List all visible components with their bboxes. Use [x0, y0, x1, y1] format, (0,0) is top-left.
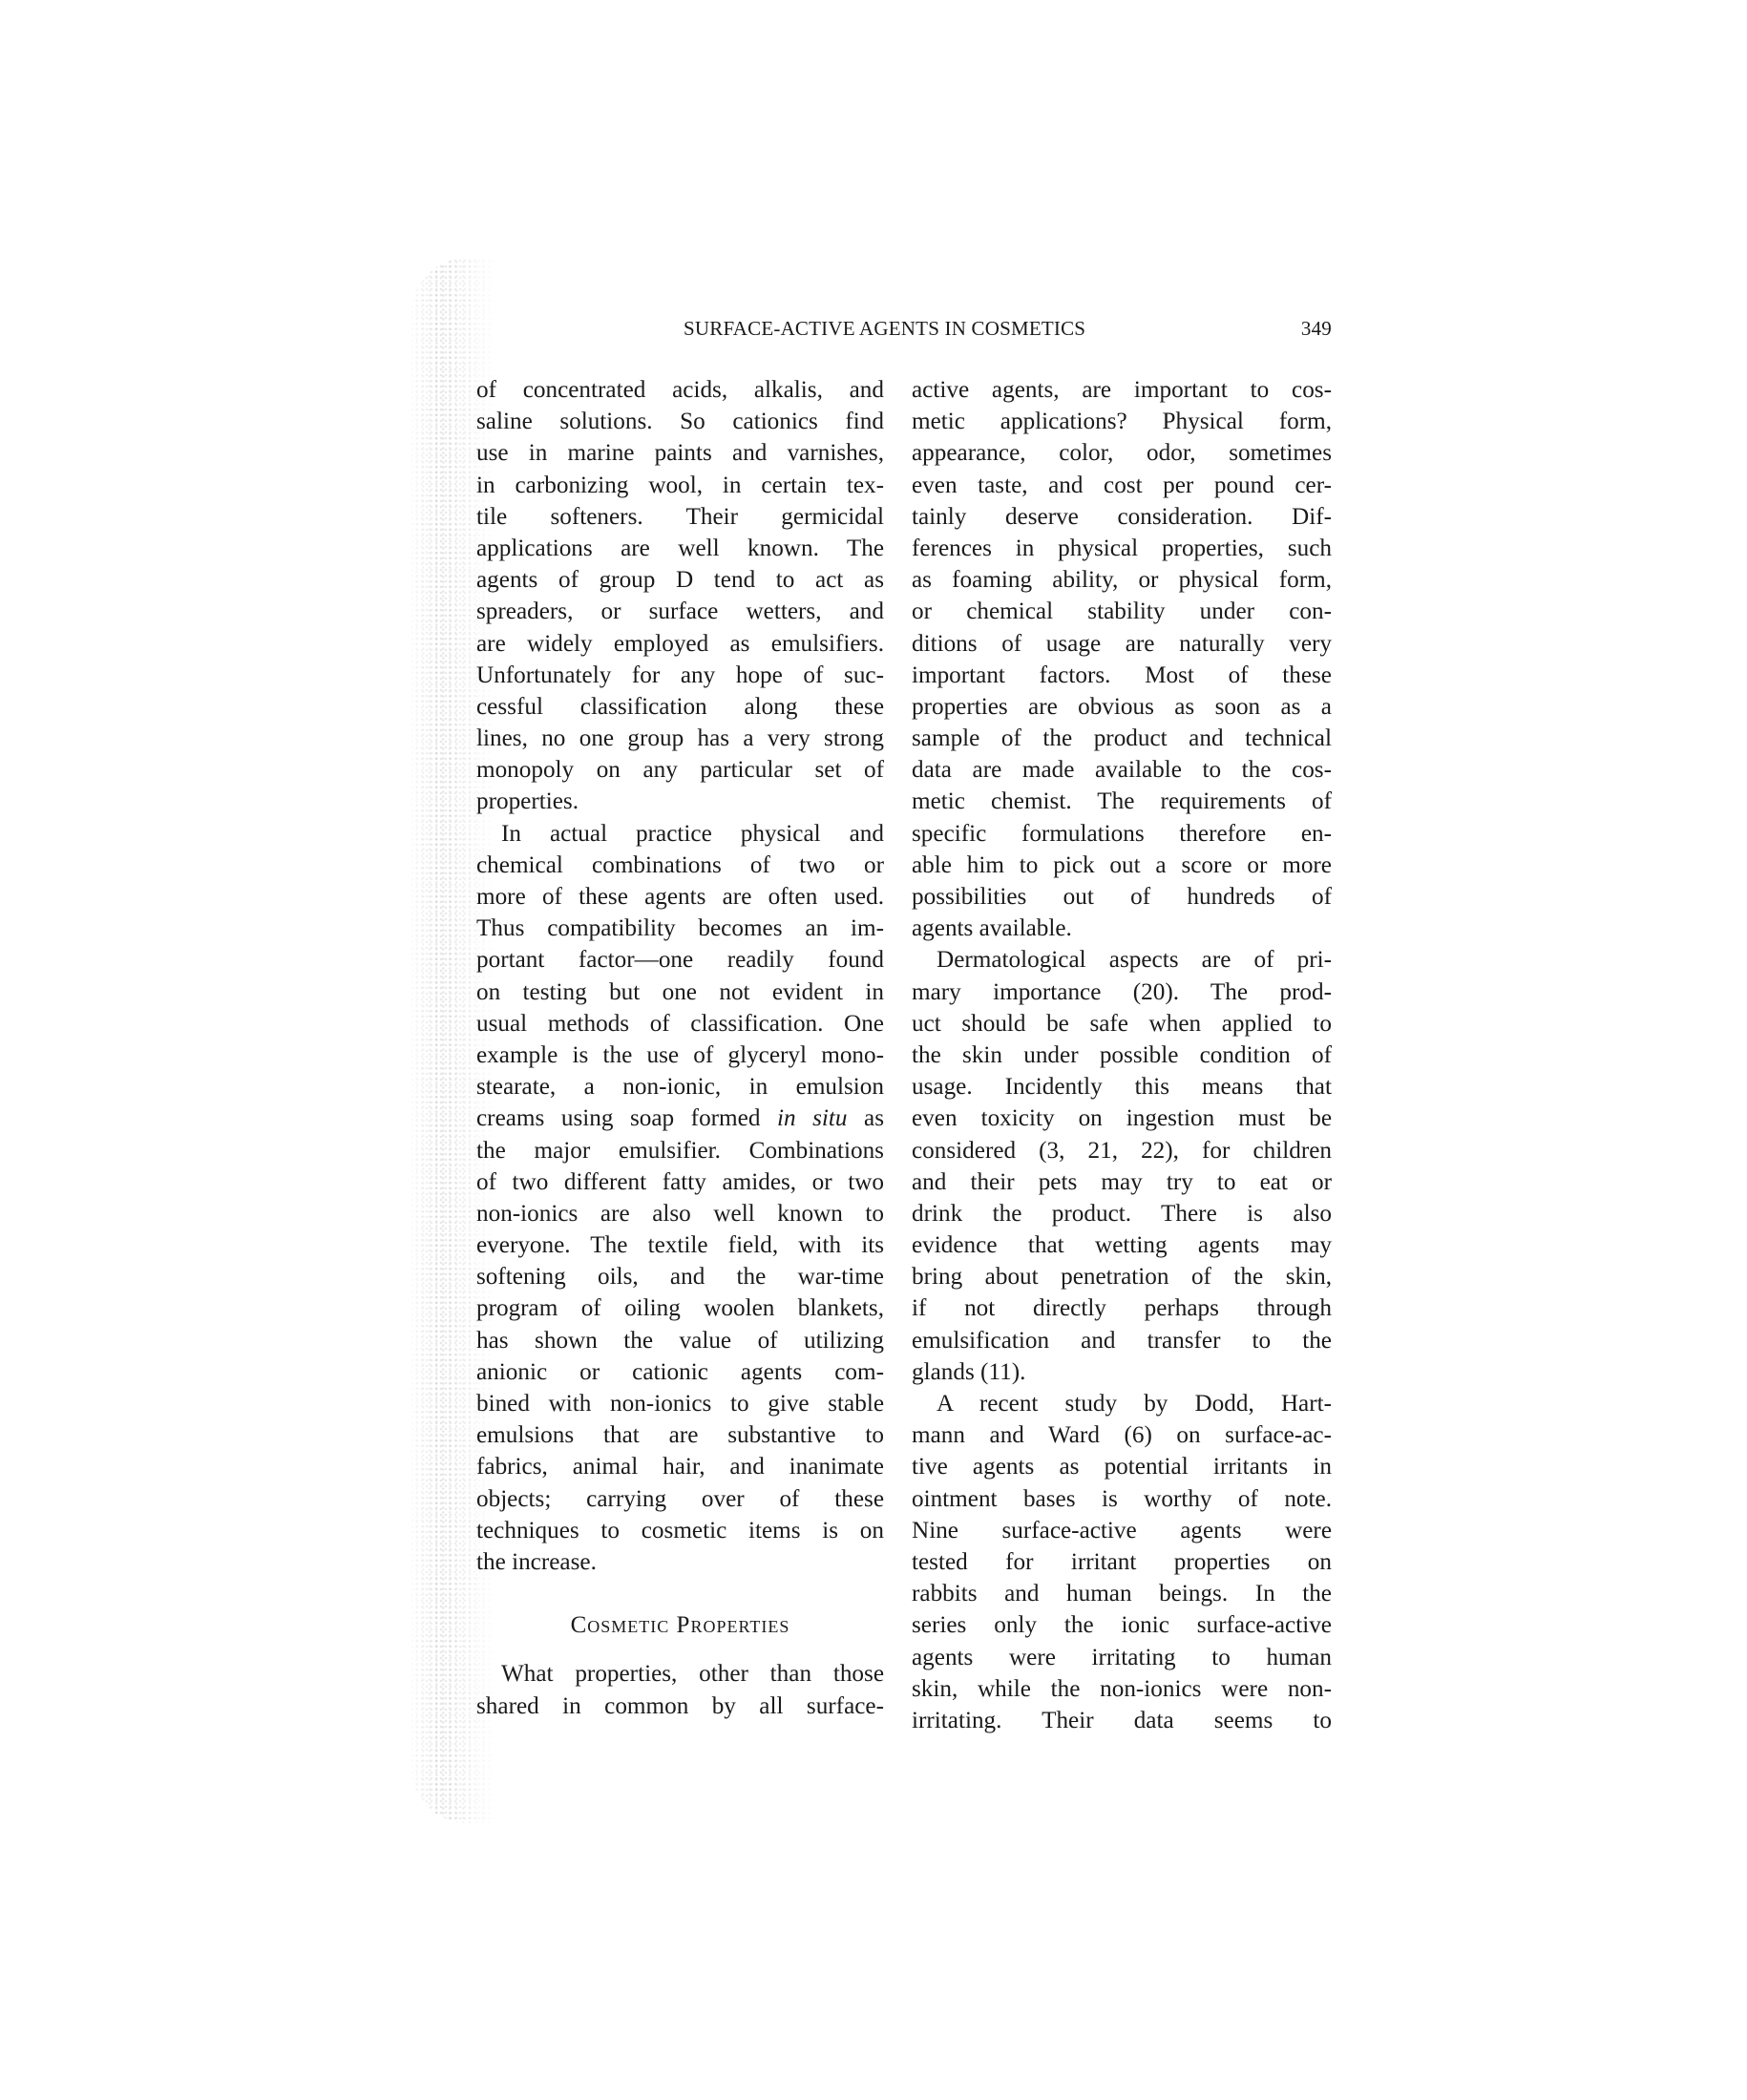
text-line: shared in common by all surface-	[476, 1690, 884, 1722]
text-line: the major emulsifier. Combinations	[476, 1135, 884, 1166]
paragraph-dermatological: Dermatological aspects are of pri- mary …	[912, 944, 1332, 1388]
text-line: of two different fatty amides, or two	[476, 1166, 884, 1198]
text-line: What properties, other than those	[476, 1658, 884, 1690]
text-line: able him to pick out a score or more	[912, 850, 1332, 881]
text-line: cessful classification along these	[476, 691, 884, 723]
text-line: if not directly perhaps through	[912, 1292, 1332, 1324]
text-line: ditions of usage are naturally very	[912, 628, 1332, 660]
text-line: glands (11).	[912, 1356, 1332, 1388]
text-line: tile softeners. Their germicidal	[476, 501, 884, 533]
text-line: anionic or cationic agents com-	[476, 1356, 884, 1388]
document-page: SURFACE-ACTIVE AGENTS IN COSMETICS 349 o…	[0, 0, 1747, 2100]
running-title: SURFACE-ACTIVE AGENTS IN COSMETICS	[684, 317, 1085, 341]
text-line: tive agents as potential irritants in	[912, 1451, 1332, 1482]
text-line: important factors. Most of these	[912, 660, 1332, 691]
text-line: metic applications? Physical form,	[912, 406, 1332, 437]
text-line: skin, while the non-ionics were non-	[912, 1673, 1332, 1705]
text-line: example is the use of glyceryl mono-	[476, 1039, 884, 1071]
text-line: tainly deserve consideration. Dif-	[912, 501, 1332, 533]
text-line: active agents, are important to cos-	[912, 374, 1332, 406]
text-line: spreaders, or surface wetters, and	[476, 596, 884, 627]
paragraph-combinations: In actual practice physical and chemical…	[476, 818, 884, 1579]
text-line: objects; carrying over of these	[476, 1483, 884, 1515]
text-line: irritating. Their data seems to	[912, 1705, 1332, 1736]
text-line: more of these agents are often used.	[476, 881, 884, 913]
text-line: agents of group D tend to act as	[476, 564, 884, 596]
right-column: active agents, are important to cos- met…	[912, 374, 1332, 1736]
text-line-with-italic: creams using soap formed in situ as	[476, 1102, 884, 1134]
text-line: ointment bases is worthy of note.	[912, 1483, 1332, 1515]
text-line: on testing but one not evident in	[476, 976, 884, 1008]
text-line: appearance, color, odor, sometimes	[912, 437, 1332, 469]
text-line: lines, no one group has a very strong	[476, 723, 884, 754]
text-line: considered (3, 21, 22), for children	[912, 1135, 1332, 1166]
text-line: even toxicity on ingestion must be	[912, 1102, 1332, 1134]
text-line: stearate, a non-ionic, in emulsion	[476, 1071, 884, 1102]
text-line: softening oils, and the war-time	[476, 1261, 884, 1292]
text-line: of concentrated acids, alkalis, and	[476, 374, 884, 406]
text-line: fabrics, animal hair, and inanimate	[476, 1451, 884, 1482]
text-line: in carbonizing wool, in certain tex-	[476, 470, 884, 501]
text-line: techniques to cosmetic items is on	[476, 1515, 884, 1546]
text-line: Unfortunately for any hope of suc-	[476, 660, 884, 691]
text-line: are widely employed as emulsifiers.	[476, 628, 884, 660]
text-line: evidence that wetting agents may	[912, 1229, 1332, 1261]
text-line: possibilities out of hundreds of	[912, 881, 1332, 913]
paragraph-compatibility-end: of concentrated acids, alkalis, and sali…	[476, 374, 884, 818]
text-line: program of oiling woolen blankets,	[476, 1292, 884, 1324]
text-line: agents available.	[912, 913, 1332, 944]
paragraph-dodd-study: A recent study by Dodd, Hart- mann and W…	[912, 1388, 1332, 1736]
text-line: applications are well known. The	[476, 533, 884, 564]
text-line: data are made available to the cos-	[912, 754, 1332, 786]
text-line: rabbits and human beings. In the	[912, 1578, 1332, 1609]
text-line: series only the ionic surface-active	[912, 1609, 1332, 1641]
text-line: metic chemist. The requirements of	[912, 786, 1332, 817]
text-line: Dermatological aspects are of pri-	[912, 944, 1332, 976]
text-line: even taste, and cost per pound cer-	[912, 470, 1332, 501]
text-line: tested for irritant properties on	[912, 1546, 1332, 1578]
text-line: the increase.	[476, 1546, 884, 1578]
text-line: ferences in physical properties, such	[912, 533, 1332, 564]
text-line: properties.	[476, 786, 884, 817]
text-line: portant factor—one readily found	[476, 944, 884, 976]
text-line: emulsification and transfer to the	[912, 1325, 1332, 1356]
text-line: drink the product. There is also	[912, 1198, 1332, 1229]
text-line: usual methods of classification. One	[476, 1008, 884, 1039]
text-line: saline solutions. So cationics find	[476, 406, 884, 437]
text-line: bring about penetration of the skin,	[912, 1261, 1332, 1292]
text-line: and their pets may try to eat or	[912, 1166, 1332, 1198]
text-line: has shown the value of utilizing	[476, 1325, 884, 1356]
text-line: the skin under possible condition of	[912, 1039, 1332, 1071]
text-line: bined with non-ionics to give stable	[476, 1388, 884, 1419]
text-line: sample of the product and technical	[912, 723, 1332, 754]
text-line: non-ionics are also well known to	[476, 1198, 884, 1229]
text-line: properties are obvious as soon as a	[912, 691, 1332, 723]
text-line: mary importance (20). The prod-	[912, 976, 1332, 1008]
text-line: agents were irritating to human	[912, 1642, 1332, 1673]
left-column: of concentrated acids, alkalis, and sali…	[476, 374, 884, 1722]
text-fragment: as	[848, 1105, 885, 1131]
text-line: uct should be safe when applied to	[912, 1008, 1332, 1039]
text-fragment: creams using soap formed	[476, 1105, 760, 1131]
text-line: Nine surface-active agents were	[912, 1515, 1332, 1546]
text-line: Thus compatibility becomes an im-	[476, 913, 884, 944]
text-line: as foaming ability, or physical form,	[912, 564, 1332, 596]
page-number: 349	[1301, 317, 1332, 341]
section-heading: Cosmetic Properties	[476, 1609, 884, 1641]
text-line: or chemical stability under con-	[912, 596, 1332, 627]
text-line: A recent study by Dodd, Hart-	[912, 1388, 1332, 1419]
paragraph-properties: active agents, are important to cos- met…	[912, 374, 1332, 944]
text-line: everyone. The textile field, with its	[476, 1229, 884, 1261]
italic-phrase: in situ	[777, 1105, 848, 1131]
text-line: chemical combinations of two or	[476, 850, 884, 881]
text-line: usage. Incidently this means that	[912, 1071, 1332, 1102]
paragraph-cosmetic-properties: What properties, other than those shared…	[476, 1658, 884, 1721]
running-header: SURFACE-ACTIVE AGENTS IN COSMETICS 349	[475, 317, 1332, 346]
text-line: mann and Ward (6) on surface-ac-	[912, 1419, 1332, 1451]
text-line: In actual practice physical and	[476, 818, 884, 850]
text-line: use in marine paints and varnishes,	[476, 437, 884, 469]
text-line: emulsions that are substantive to	[476, 1419, 884, 1451]
text-line: monopoly on any particular set of	[476, 754, 884, 786]
text-line: specific formulations therefore en-	[912, 818, 1332, 850]
